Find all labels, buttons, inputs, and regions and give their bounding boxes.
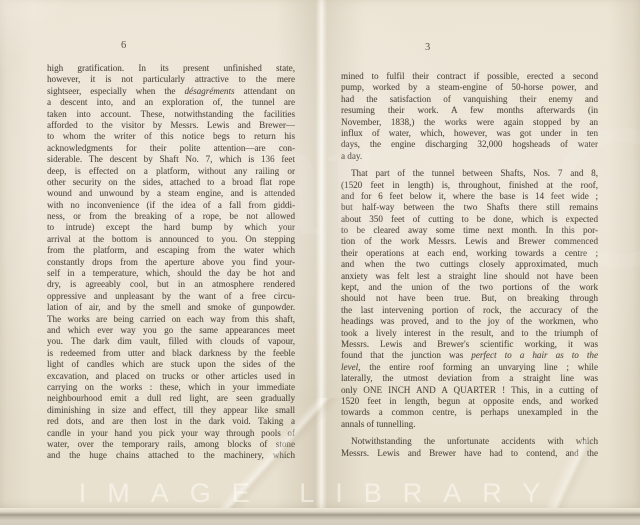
right-page-number: 3 [425,42,431,53]
text-line: Messrs. Lewis and Brewer's scientific wo… [341,339,598,350]
text-line: only ONE INCH AND A QUARTER ! This, in a… [341,385,598,396]
text-line: took a lively interest in the result, an… [341,328,598,339]
text-line: their operations at each end, working to… [341,248,598,259]
text-line: dry, is agreeably cool, but in an atmosp… [47,279,295,290]
text-line: a day. [341,151,598,162]
text-line: arrival at the bottom is announced to yo… [47,234,295,245]
text-line: excavation, and placed on trucks or othe… [47,371,295,382]
text-line: laterally, the utmost deviation from a s… [341,373,598,384]
text-line: days, the engine discharging 32,000 hogs… [341,139,598,150]
text-line: mined to fulfil their contract if possib… [341,71,598,82]
paragraph: mined to fulfil their contract if possib… [341,71,598,162]
text-line: deep, is effected on a platform, without… [47,166,295,177]
text-line: had the satisfaction of vanquishing thei… [341,94,598,105]
page-bottom-edge [0,508,640,525]
text-line: carrying on the works : these, which in … [47,382,295,393]
text-line: other security on the sides, attached to… [47,177,295,188]
text-line: from the platform, and escaping from the… [47,245,295,256]
text-line: with no inconvenience (if the idea of a … [47,200,295,211]
text-line: found that the junction was perfect to a… [341,350,598,361]
text-line: light of candles which are stuck upon th… [47,359,295,370]
text-line: wound and unwound by a steam engine, and… [47,188,295,199]
text-line: towards a common centre, is perhaps unex… [341,407,598,418]
paper-crease [0,0,70,70]
text-line: self in a temperature, which, should the… [47,268,295,279]
text-line: should not have been true. But, on break… [341,293,598,304]
book-photo: 6 3 high gratification. In its present u… [0,0,640,525]
text-line: high gratification. In its present unfin… [47,63,295,74]
text-line: a descent into, and an exploration of, t… [47,97,295,108]
text-line: influx of water, which, however, was got… [341,128,598,139]
text-line: headings was proved, and to the joy of t… [341,316,598,327]
watermark-image-library: IMAGE LIBRARY [79,478,562,509]
right-page-text: mined to fulfil their contract if possib… [341,71,598,459]
text-line: and which ever way you go the same appea… [47,325,295,336]
text-line: to intrude) except the hard bump by whic… [47,222,295,233]
text-line: pump, worked by a steam-engine of 50-hor… [341,82,598,93]
text-line: oppressive and unpleasant by the want of… [47,291,295,302]
text-line: and when the two cuttings closely approx… [341,259,598,270]
text-line: you. The dark dim vault, filled with clo… [47,336,295,347]
text-line: lation of air, and by the smell and smok… [47,302,295,313]
text-line: the last intervening portion of rock, th… [341,305,598,316]
text-line: November, 1838,) the works were again st… [341,117,598,128]
left-page-number: 6 [121,40,127,51]
text-line: however, it is not particularly attracti… [47,74,295,85]
text-line: acknowledgments for their polite attenti… [47,143,295,154]
text-line: to whom the writer of this notice begs t… [47,131,295,142]
text-line: level, the entire roof forming an unvary… [341,362,598,373]
text-line: annals of tunnelling. [341,419,598,430]
text-line: sightseer, especially when the désagréme… [47,86,295,97]
text-line: constantly drops from the aperture above… [47,257,295,268]
text-line: kept, and the union of the two portions … [341,282,598,293]
text-line: anxiety was felt lest a straight line sh… [341,271,598,282]
text-line: ness, or from the breaking of a rope, be… [47,211,295,222]
text-line: 1520 feet in length, begun at opposite e… [341,396,598,407]
text-line: The works are being carried on each way … [47,314,295,325]
text-line: afforded to the visitor by Messrs. Lewis… [47,120,295,131]
text-line: siderable. The descent by Shaft No. 7, w… [47,154,295,165]
book-spread: 6 3 high gratification. In its present u… [0,0,640,511]
text-line: taken into account. These, notwithstandi… [47,109,295,120]
text-line: resuming their work. A few months afterw… [341,105,598,116]
text-line: is redeemed from utter and black darknes… [47,348,295,359]
text-line: tion of the work Messrs. Lewis and Brewe… [341,236,598,247]
